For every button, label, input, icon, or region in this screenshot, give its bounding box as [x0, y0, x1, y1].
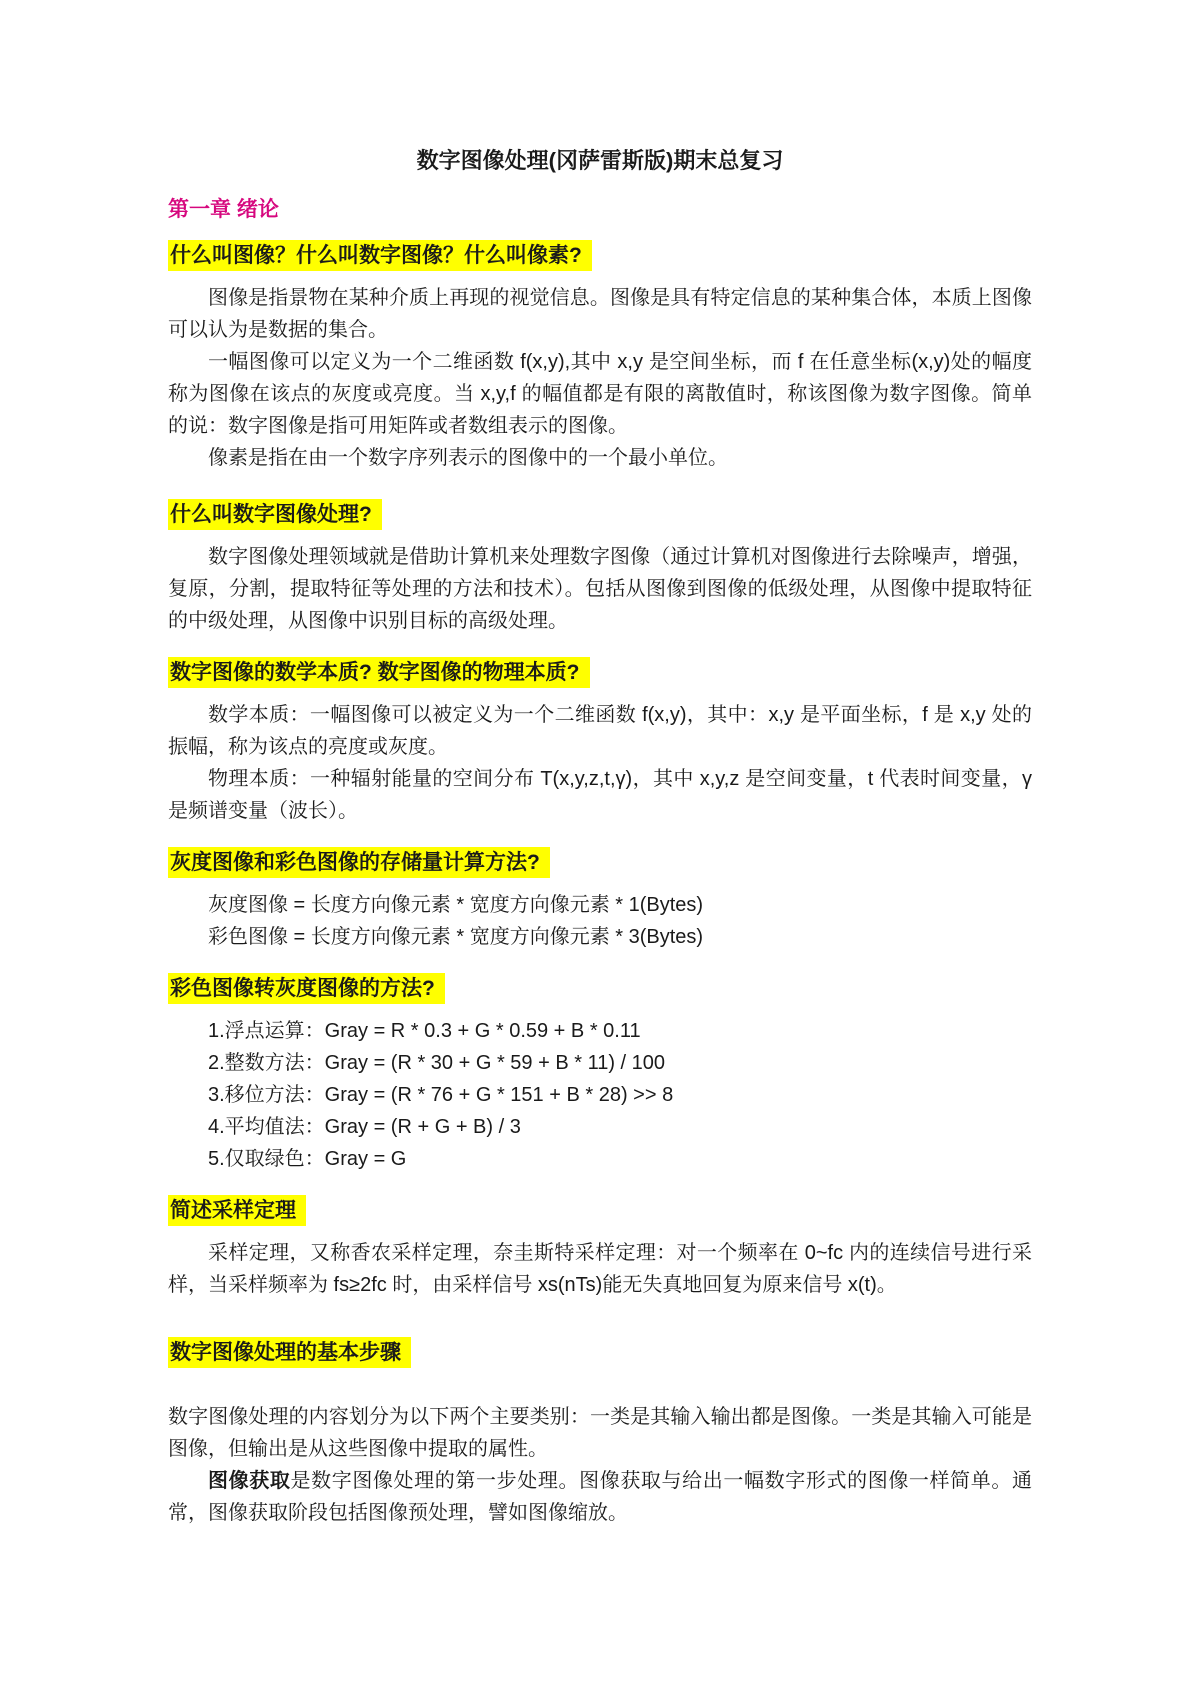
list-item-method-3: 3.移位方法：Gray = (R * 76 + G * 151 + B * 28…: [168, 1079, 1032, 1111]
question-heading-s3: 数字图像的数学本质? 数字图像的物理本质?: [168, 657, 590, 688]
formula-line-gray: 灰度图像 = 长度方向像元素 * 宽度方向像元素 * 1(Bytes): [168, 889, 1032, 921]
question-heading-wrap: 数字图像的数学本质? 数字图像的物理本质?: [168, 657, 1032, 691]
document-page: 数字图像处理(冈萨雷斯版)期末总复习 第一章 绪论 什么叫图像？什么叫数字图像？…: [0, 0, 1200, 1696]
chapter-heading: 第一章 绪论: [168, 194, 1032, 226]
paragraph-s1-p3: 像素是指在由一个数字序列表示的图像中的一个最小单位。: [168, 442, 1032, 474]
doc-title: 数字图像处理(冈萨雷斯版)期末总复习: [168, 146, 1032, 176]
paragraph-s3-p2: 物理本质：一种辐射能量的空间分布 T(x,y,z,t,γ)，其中 x,y,z 是…: [168, 763, 1032, 827]
paragraph-s7-p2-rest: 是数字图像处理的第一步处理。图像获取与给出一幅数字形式的图像一样简单。通常，图像…: [168, 1470, 1032, 1524]
paragraph-s7-p2-bold-lead: 图像获取: [208, 1470, 290, 1492]
list-item-method-2: 2.整数方法：Gray = (R * 30 + G * 59 + B * 11)…: [168, 1047, 1032, 1079]
question-heading-s5: 彩色图像转灰度图像的方法?: [168, 973, 445, 1004]
list-item-method-4: 4.平均值法：Gray = (R + G + B) / 3: [168, 1111, 1032, 1143]
question-heading-wrap: 简述采样定理: [168, 1195, 1032, 1229]
list-item-method-1: 1.浮点运算：Gray = R * 0.3 + G * 0.59 + B * 0…: [168, 1015, 1032, 1047]
question-heading-s7: 数字图像处理的基本步骤: [168, 1337, 411, 1368]
paragraph-s7-p2: 图像获取是数字图像处理的第一步处理。图像获取与给出一幅数字形式的图像一样简单。通…: [168, 1465, 1032, 1529]
question-heading-s1: 什么叫图像？什么叫数字图像？什么叫像素?: [168, 240, 592, 271]
question-heading-wrap: 什么叫数字图像处理?: [168, 499, 1032, 533]
paragraph-s1-p2: 一幅图像可以定义为一个二维函数 f(x,y),其中 x,y 是空间坐标，而 f …: [168, 346, 1032, 442]
paragraph-s2-p1: 数字图像处理领域就是借助计算机来处理数字图像（通过计算机对图像进行去除噪声，增强…: [168, 541, 1032, 637]
question-heading-wrap: 数字图像处理的基本步骤: [168, 1337, 1032, 1371]
question-heading-s2: 什么叫数字图像处理?: [168, 499, 382, 530]
paragraph-s7-p1: 数字图像处理的内容划分为以下两个主要类别：一类是其输入输出都是图像。一类是其输入…: [168, 1401, 1032, 1465]
question-heading-wrap: 彩色图像转灰度图像的方法?: [168, 973, 1032, 1007]
question-heading-wrap: 灰度图像和彩色图像的存储量计算方法?: [168, 847, 1032, 881]
question-heading-s6: 简述采样定理: [168, 1195, 306, 1226]
list-item-method-5: 5.仅取绿色：Gray = G: [168, 1143, 1032, 1175]
question-heading-s4: 灰度图像和彩色图像的存储量计算方法?: [168, 847, 550, 878]
question-heading-wrap: 什么叫图像？什么叫数字图像？什么叫像素?: [168, 240, 1032, 274]
paragraph-s6-p1: 采样定理，又称香农采样定理，奈圭斯特采样定理：对一个频率在 0~fc 内的连续信…: [168, 1237, 1032, 1301]
formula-line-color: 彩色图像 = 长度方向像元素 * 宽度方向像元素 * 3(Bytes): [168, 921, 1032, 953]
paragraph-s3-p1: 数学本质：一幅图像可以被定义为一个二维函数 f(x,y)，其中：x,y 是平面坐…: [168, 699, 1032, 763]
paragraph-s1-p1: 图像是指景物在某种介质上再现的视觉信息。图像是具有特定信息的某种集合体，本质上图…: [168, 282, 1032, 346]
